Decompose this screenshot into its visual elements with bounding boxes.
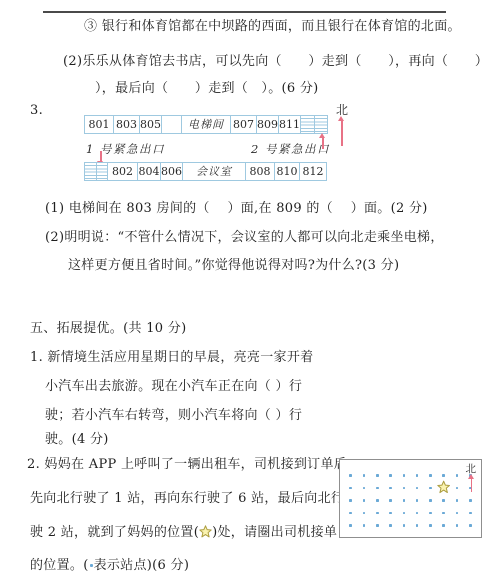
station-dot-mark: [442, 499, 445, 502]
station-dot: [464, 507, 477, 520]
s5-q2-line4-mid: 表示站点)(6 分): [94, 558, 190, 573]
station-dot-mark: [456, 499, 459, 502]
room-cell-812: 812: [299, 162, 327, 181]
floor-plan-diagram: 801803805电梯间807809811 1 号紧急出口 2 号紧急出口 80…: [84, 115, 330, 181]
station-dot-mark: [442, 524, 445, 527]
station-dot: [464, 494, 477, 507]
station-dot: [410, 469, 423, 482]
s5-q1-line2: 小汽车出去旅游。现在小汽车正在向（ ）行: [45, 379, 302, 395]
station-dot-mark: [416, 474, 419, 477]
station-dot: [371, 494, 384, 507]
station-dot-mark: [403, 499, 406, 502]
station-dot: [397, 494, 410, 507]
exit-1-arrow-icon: [100, 151, 102, 161]
room-cell-810: 810: [274, 162, 300, 181]
floor-plan-corridor: 1 号紧急出口 2 号紧急出口: [84, 134, 330, 162]
station-dot-mark: [363, 512, 366, 515]
station-dot-mark: [469, 512, 472, 515]
station-dot: [357, 469, 370, 482]
stairs-cell: [300, 115, 328, 134]
question-2-line1: (2)乐乐从体育馆去书店，可以先向（ ）走到（ ），再向（ ）走到（: [63, 54, 485, 70]
item-3-sub2-line1: (2)明明说：“不管什么情况下，会议室的人都可以向北走乘坐电梯，: [45, 230, 444, 246]
station-dot-mark: [349, 512, 352, 515]
station-dot: [344, 482, 357, 495]
station-dot: [450, 507, 463, 520]
station-dot-mark: [416, 524, 419, 527]
station-dot-mark: [429, 499, 432, 502]
station-dot-mark: [416, 512, 419, 515]
station-dot: [410, 507, 423, 520]
station-dot: [424, 507, 437, 520]
station-dot: [397, 482, 410, 495]
station-dot: [344, 469, 357, 482]
station-dot: [357, 494, 370, 507]
stairs-divider: [314, 116, 315, 133]
station-dot: [357, 507, 370, 520]
station-dot: [384, 482, 397, 495]
s5-q2-line3-pre: 驶 2 站，就到了妈妈的位置(: [30, 525, 199, 540]
top-divider-line: [43, 11, 446, 13]
s5-q1-line3: 驶；若小汽车右转弯，则小汽车将向（ ）行: [45, 408, 302, 424]
station-dot-mark: [416, 487, 419, 490]
station-dot: [424, 494, 437, 507]
question-2-line2: ），最后向（ ）走到（ ）。(6 分): [95, 81, 319, 97]
station-dot: [397, 519, 410, 532]
s5-q2-line4-pre: 的位置。(: [30, 558, 89, 573]
station-dot: [357, 519, 370, 532]
station-dot: [397, 469, 410, 482]
station-dot: [344, 494, 357, 507]
station-dot-mark: [376, 499, 379, 502]
station-dot-mark: [363, 524, 366, 527]
station-dot-grid: [344, 469, 477, 532]
station-dot-mark: [376, 474, 379, 477]
item-3-number: 3.: [30, 103, 43, 119]
stairs-divider: [96, 163, 97, 180]
station-dot-mark: [429, 474, 432, 477]
station-dot: [424, 469, 437, 482]
station-dot: [424, 519, 437, 532]
s5-q1-line1: 1. 新情境生活应用星期日的早晨，亮亮一家开着: [30, 350, 313, 366]
station-dot: [371, 507, 384, 520]
station-dot-mark: [403, 512, 406, 515]
station-dot-mark: [403, 524, 406, 527]
room-cell-808: 808: [245, 162, 275, 181]
station-dot-mark: [389, 499, 392, 502]
exit-2-label: 2 号紧急出口: [251, 141, 330, 157]
station-dot-mark: [456, 487, 459, 490]
station-dot-mark: [456, 524, 459, 527]
station-dot: [450, 519, 463, 532]
statement-3-text: ③ 银行和体育馆都在中坝路的西面，而且银行在体育馆的北面。: [84, 19, 461, 35]
station-dot-mark: [469, 524, 472, 527]
room-cell-803: 803: [113, 115, 140, 134]
station-dot: [371, 519, 384, 532]
room-cell-806: 806: [160, 162, 183, 181]
station-dot: [384, 507, 397, 520]
station-dot-mark: [442, 512, 445, 515]
station-dot-mark: [389, 512, 392, 515]
station-dot-mark: [389, 524, 392, 527]
section-5-title: 五、拓展提优。(共 10 分): [30, 321, 186, 337]
empty-cell: [161, 115, 182, 134]
station-dot: [410, 519, 423, 532]
station-dot: [437, 519, 450, 532]
station-dot: [450, 469, 463, 482]
plan-north-arrow-icon: [341, 120, 343, 146]
station-dot-mark: [442, 474, 445, 477]
mother-position-star-icon: [437, 482, 450, 495]
station-dot: [450, 482, 463, 495]
floor-plan-top-row: 801803805电梯间807809811: [84, 115, 330, 134]
grid-north-arrow-icon: [471, 478, 473, 492]
room-cell-805: 805: [139, 115, 162, 134]
s5-q2-line1: 2. 妈妈在 APP 上呼叫了一辆出租车，司机接到订单后: [27, 457, 347, 473]
station-dot-mark: [469, 499, 472, 502]
station-dot: [437, 494, 450, 507]
station-dot: [410, 482, 423, 495]
station-dot-mark: [389, 474, 392, 477]
exit-1-label: 1 号紧急出口: [86, 141, 165, 157]
station-dot: [384, 494, 397, 507]
room-cell-811: 811: [278, 115, 301, 134]
station-dot: [397, 507, 410, 520]
room-cell-会议室: 会议室: [182, 162, 246, 181]
room-cell-电梯间: 电梯间: [181, 115, 231, 134]
s5-q2-line3: 驶 2 站，就到了妈妈的位置()处，请圈出司机接单: [30, 525, 337, 541]
station-dot-mark: [403, 474, 406, 477]
room-cell-802: 802: [107, 162, 138, 181]
station-dot-mark: [349, 487, 352, 490]
station-dot-mark: [429, 524, 432, 527]
station-dot: [450, 494, 463, 507]
station-dot: [384, 519, 397, 532]
s5-q2-line2: 先向北行驶了 1 站，再向东行驶了 6 站，最后向北行: [30, 491, 344, 507]
station-dot-mark: [376, 512, 379, 515]
station-dot: [424, 482, 437, 495]
s5-q2-line3-post: )处，请圈出司机接单: [212, 525, 337, 540]
room-cell-807: 807: [230, 115, 257, 134]
room-cell-809: 809: [256, 115, 279, 134]
station-dot-mark: [363, 487, 366, 490]
station-dot: [357, 482, 370, 495]
item-3-sub2-line2: 这样更方便且省时间。”你觉得他说得对吗?为什么?(3 分): [68, 258, 399, 274]
station-dot: [344, 519, 357, 532]
station-dot: [371, 469, 384, 482]
s5-q2-line4: 的位置。(表示站点)(6 分): [30, 558, 189, 574]
station-dot: [464, 519, 477, 532]
room-cell-801: 801: [84, 115, 114, 134]
station-dot: [384, 469, 397, 482]
item-3-sub1: (1) 电梯间在 803 房间的（ ）面,在 809 的（ ）面。(2 分): [45, 201, 428, 217]
station-dot-mark: [349, 474, 352, 477]
station-dot-mark: [349, 499, 352, 502]
star-icon: [199, 525, 212, 538]
stairs-cell: [84, 162, 108, 181]
floor-plan-bottom-row: 802804806会议室808810812: [84, 162, 330, 181]
station-dot-mark: [456, 512, 459, 515]
station-dot-icon: [90, 564, 93, 567]
station-dot-mark: [363, 474, 366, 477]
worksheet-page: ③ 银行和体育馆都在中坝路的西面，而且银行在体育馆的北面。 (2)乐乐从体育馆去…: [0, 0, 485, 587]
station-dot-mark: [456, 474, 459, 477]
station-dot-mark: [403, 487, 406, 490]
station-grid-diagram: 北: [339, 459, 482, 538]
station-dot-mark: [376, 524, 379, 527]
station-dot-mark: [416, 499, 419, 502]
station-dot: [410, 494, 423, 507]
station-dot-mark: [349, 524, 352, 527]
station-dot-mark: [389, 487, 392, 490]
station-dot-mark: [429, 512, 432, 515]
station-dot: [371, 482, 384, 495]
s5-q1-line4: 驶。(4 分): [45, 432, 109, 448]
station-dot: [437, 507, 450, 520]
station-dot: [344, 507, 357, 520]
exit-2-arrow-icon: [322, 137, 324, 149]
station-dot-mark: [363, 499, 366, 502]
room-cell-804: 804: [137, 162, 161, 181]
station-dot-mark: [429, 487, 432, 490]
station-dot-mark: [376, 487, 379, 490]
